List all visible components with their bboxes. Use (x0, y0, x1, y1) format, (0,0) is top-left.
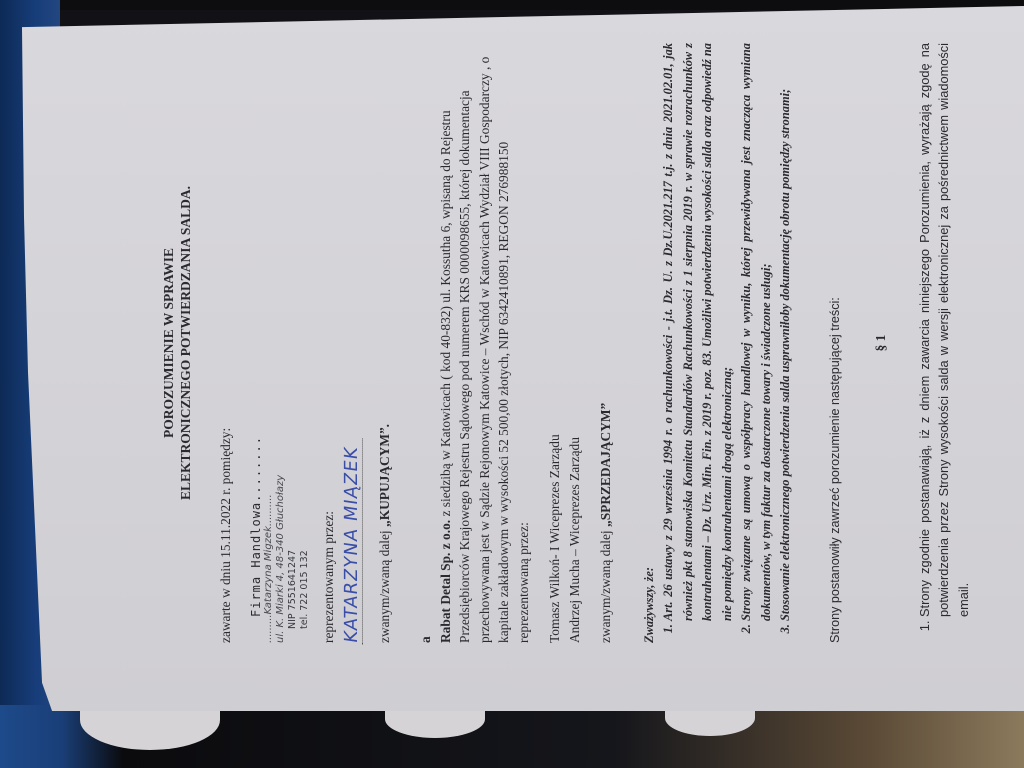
document-page: POROZUMIENIE W SPRAWIE ELEKTRONICZNEGO P… (120, 33, 980, 713)
document-title: POROZUMIENIE W SPRAWIE ELEKTRONICZNEGO P… (160, 43, 194, 643)
seller-representative-1: Tomasz Wilkoń- I Wiceprezes Zarządu (545, 43, 565, 643)
whereas-heading: Zważywszy, że: (640, 43, 660, 643)
seller-name: Rabat Detal Sp. z o.o. (438, 520, 453, 643)
seller-represented-label: reprezentowaną przez: (514, 43, 534, 643)
document-content: POROZUMIENIE W SPRAWIE ELEKTRONICZNEGO P… (160, 43, 973, 643)
conjunction: a (416, 43, 436, 643)
seller-role-name: „SPRZEDAJĄCYM” (598, 403, 613, 527)
seller-representative-2: Andrzej Mucha – Wiceprezes Zarządu (565, 43, 585, 643)
stamp-nip: NIP 7551641247 (287, 43, 299, 643)
buyer-called-prefix: zwanym/zwaną dalej (377, 527, 392, 643)
buyer-role: zwanym/zwaną dalej „KUPUJĄCYM”. (375, 43, 395, 643)
section-1-list: Strony zgodnie postanawiają, iż z dniem … (915, 43, 974, 643)
stamp-company-name: Firma Handlowa........ (250, 43, 263, 643)
intro-text: zawarte w dniu 15.11.2022 r. pomiędzy: (216, 43, 236, 643)
whereas-list: Art. 26 ustawy z 29 września 1994 r. o r… (659, 43, 796, 643)
section-1-heading: § 1 (871, 43, 891, 643)
whereas-item-2: Strony związane są umową o współpracy ha… (737, 43, 776, 621)
whereas-item-1: Art. 26 ustawy z 29 września 1994 r. o r… (659, 43, 737, 621)
section-1-item-1: Strony zgodnie postanawiają, iż z dniem … (915, 43, 974, 617)
buyer-represented-label: reprezentowanym przez: (319, 43, 339, 643)
buyer-role-name: „KUPUJĄCYM”. (377, 424, 392, 527)
seller-role: zwanym/zwaną dalej „SPRZEDAJĄCYM” (596, 43, 616, 643)
buyer-stamp: Firma Handlowa........ .........Katarzyn… (250, 43, 311, 643)
whereas-item-3: Stosowanie elektronicznego potwierdzenia… (776, 43, 796, 621)
background-top (0, 0, 1024, 10)
seller-description: Rabat Detal Sp. z o.o. z siedzibą w Kato… (436, 43, 514, 643)
stamp-phone: tel. 722 015 132 (299, 43, 311, 643)
seller-called-prefix: zwanym/zwaną dalej (598, 527, 613, 643)
stamp-owner: .........Katarzyna Migzek.......... (263, 43, 275, 643)
buyer-signature: KATARZYNA MIĄZEK (342, 435, 363, 644)
resolution-text: Strony postanowiły zawrzeć porozumienie … (826, 43, 846, 643)
title-line-1: POROZUMIENIE W SPRAWIE (160, 43, 177, 643)
title-line-2: ELEKTRONICZNEGO POTWIERDZANIA SALDA. (177, 43, 194, 643)
stamp-address: ul. K. Miarki 4, 48-340 Głuchołazy (275, 43, 287, 643)
